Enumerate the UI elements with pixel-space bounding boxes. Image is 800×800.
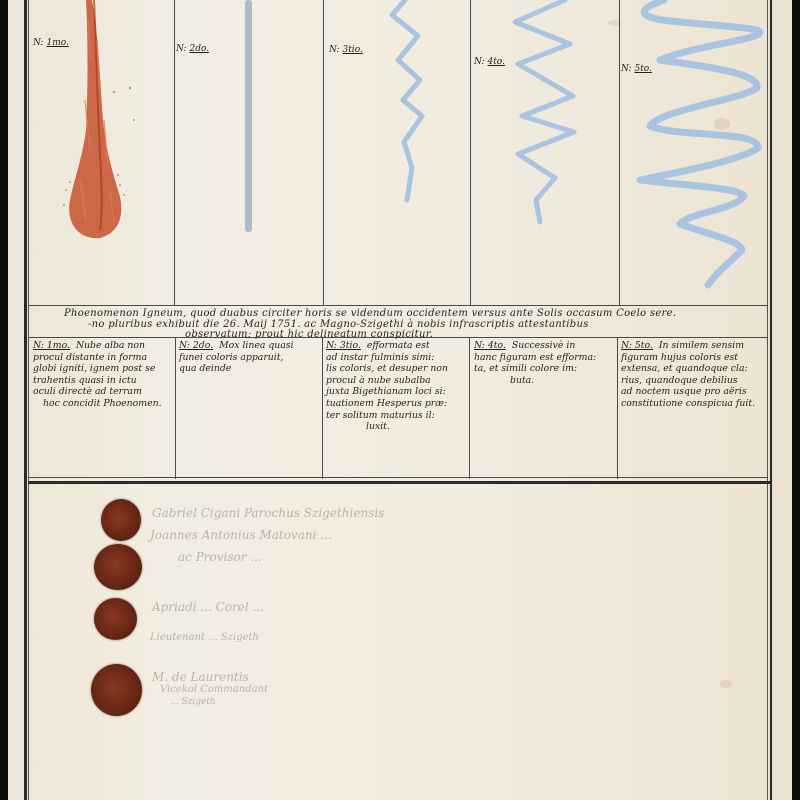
panel-label-2: N: 2do. xyxy=(176,44,209,54)
wax-seal-2 xyxy=(94,544,142,590)
description-line: buta. xyxy=(474,375,616,387)
label-prefix: N: xyxy=(176,44,187,54)
description-line: lis coloris, et desuper non xyxy=(326,363,468,375)
panel-label-4: N: 4to. xyxy=(474,57,505,67)
label-number: 3tio. xyxy=(342,45,362,55)
signature-1-line-3: ac Provisor ... xyxy=(178,550,262,564)
signature-2-line-2: Lieutenant ... Szigeth xyxy=(150,632,259,643)
signature-1-line-2: Joannes Antonius Matovani ... xyxy=(150,528,332,542)
wax-seal-1 xyxy=(101,499,141,541)
description-5: N: 5to. In similem sensim figuram hujus … xyxy=(621,340,767,410)
description-line: rius, quandoque debilius xyxy=(621,375,767,387)
signature-1-line-1: Gabriel Cigani Parochus Szigethiensis xyxy=(152,506,384,520)
description-line: hoc concidit Phoenomen. xyxy=(33,398,173,410)
label-prefix: N: xyxy=(33,38,44,48)
description-line: ad noctem usque pro aëris xyxy=(621,386,767,398)
description-header: N: 3tio. xyxy=(326,340,361,351)
description-line: hanc figuram est efforma: xyxy=(474,352,616,364)
line-icon xyxy=(245,0,252,232)
description-line: In similem sensim xyxy=(659,340,744,351)
description-line: globi igniti, ignem post se xyxy=(33,363,173,375)
description-header: N: 4to. xyxy=(474,340,506,351)
caption-line-1: Phoenomenon Igneum, quod duabus circiter… xyxy=(64,308,676,319)
label-prefix: N: xyxy=(474,57,485,67)
description-line: juxta Bigethianam loci si: xyxy=(326,386,468,398)
description-header: N: 5to. xyxy=(621,340,653,351)
description-line: Nube alba non xyxy=(76,340,145,351)
description-line: Successivè in xyxy=(512,340,575,351)
description-line: ad instar fulminis simi: xyxy=(326,352,468,364)
label-number: 4to. xyxy=(487,57,504,67)
description-line: qua deinde xyxy=(179,363,321,375)
signature-3-line-3: ... Szigeth xyxy=(170,697,216,707)
zigzag-icon xyxy=(515,0,574,222)
description-line: Mox linea quasi xyxy=(219,340,293,351)
description-line: tuationem Hesperus præ: xyxy=(326,398,468,410)
column-divider xyxy=(175,337,176,479)
label-number: 2do. xyxy=(189,44,209,54)
column-divider xyxy=(617,337,618,479)
signature-2-line-1: Apriadi ... Corel ... xyxy=(152,600,264,614)
description-header: N: 2do. xyxy=(179,340,213,351)
description-line: luxit. xyxy=(326,421,468,433)
description-4: N: 4to. Successivè in hanc figuram est e… xyxy=(474,340,616,386)
panel-label-1: N: 1mo. xyxy=(33,38,69,48)
label-number: 5to. xyxy=(634,64,651,74)
description-header: N: 1mo. xyxy=(33,340,70,351)
signature-3-line-2: Vicekol Commandant xyxy=(160,684,268,695)
description-3: N: 3tio. efformata est ad instar fulmini… xyxy=(326,340,468,433)
zigzag-icon xyxy=(392,0,422,200)
description-2: N: 2do. Mox linea quasi funei coloris ap… xyxy=(179,340,321,375)
fireball-icon xyxy=(63,0,135,238)
section-divider-rule xyxy=(28,481,770,484)
column-divider xyxy=(469,337,470,479)
phenomenon-caption: Phoenomenon Igneum, quod duabus circiter… xyxy=(30,305,767,337)
table-bottom-rule xyxy=(28,477,768,478)
serpentine-icon xyxy=(640,0,760,285)
description-line: trahentis quasi in ictu xyxy=(33,375,173,387)
foxing-stain xyxy=(720,680,732,688)
label-prefix: N: xyxy=(329,45,340,55)
description-line: extensa, et quandoque cla: xyxy=(621,363,767,375)
description-1: N: 1mo. Nube alba non procul distante in… xyxy=(33,340,173,410)
description-line: procul distante in forma xyxy=(33,352,173,364)
panel-label-5: N: 5to. xyxy=(621,64,652,74)
label-number: 1mo. xyxy=(46,38,68,48)
description-line: ta, et simili colore im: xyxy=(474,363,616,375)
phenomenon-illustrations xyxy=(0,0,800,305)
label-prefix: N: xyxy=(621,64,632,74)
description-line: figuram hujus coloris est xyxy=(621,352,767,364)
description-line: constitutione conspicua fuit. xyxy=(621,398,767,410)
description-line: ter solitum maturius il: xyxy=(326,410,468,422)
wax-seal-3 xyxy=(94,598,137,640)
panel-label-3: N: 3tio. xyxy=(329,45,363,55)
signature-3-line-1: M. de Laurentis xyxy=(152,670,249,684)
description-line: efformata est xyxy=(367,340,430,351)
description-line: procul à nube subalba xyxy=(326,375,468,387)
description-line: funei coloris apparuit, xyxy=(179,352,321,364)
caption-line-3: observatum; prout hic delineatum conspic… xyxy=(185,329,433,340)
wax-seal-4 xyxy=(91,664,142,716)
column-divider xyxy=(322,337,323,479)
description-line: oculi directè ad terram xyxy=(33,386,173,398)
